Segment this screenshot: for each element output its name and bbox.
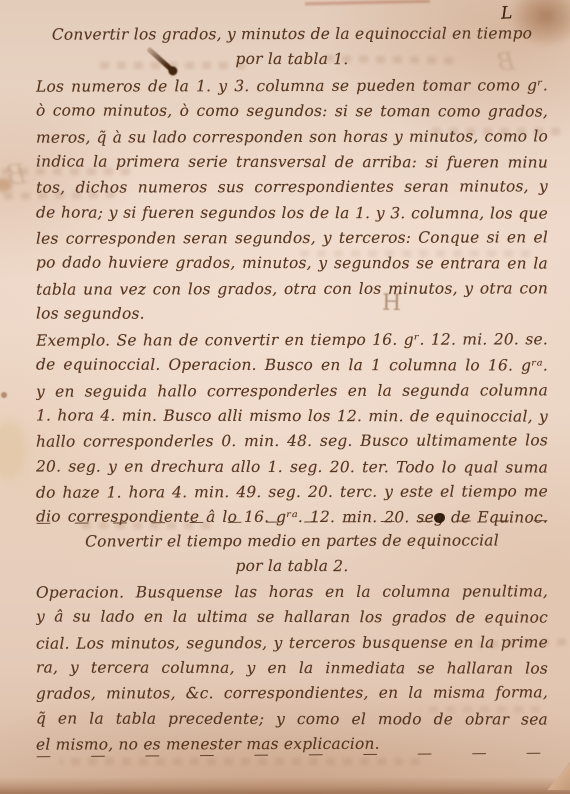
dashed-rule: — — — — — — — — — — — — — — [36, 513, 548, 530]
paper-stain [0, 420, 26, 480]
manuscript-line: de hora; y si fueren segundos los de la … [36, 200, 548, 226]
heading-line: por la tabla 2. [36, 554, 548, 580]
manuscript-line: do haze 1. hora 4. min. 49. seg. 20. ter… [36, 479, 548, 506]
section-separator: — — — — — — — — — — — — — — [36, 514, 548, 528]
manuscript-line: ra, y tercera columna, y en la inmediata… [36, 655, 548, 681]
heading-line: por la tabla 1. [36, 47, 548, 73]
section1-heading: Convertir los grados, y minutos de la eq… [36, 22, 548, 73]
manuscript-line: q̃ en la tabla precedente; y como el mod… [36, 706, 548, 732]
manuscript-line: po dado huviere grados, minutos, y segun… [36, 251, 548, 277]
footer-rule: — — — — — — — — — — [36, 747, 541, 761]
manuscript-line: 20. seg. y en drechura allo 1. seg. 20. … [36, 454, 548, 480]
paragraph-1: Los numeros de la 1. y 3. columna se pue… [36, 74, 548, 327]
manuscript-line: Operacion. Busquense las horas en la col… [36, 579, 548, 606]
manuscript-line: 1. hora 4. min. Busco alli mismo los 12.… [36, 403, 548, 429]
dashed-rule: — — — — — — — — — — [36, 745, 541, 763]
manuscript-line: ò como minutos, ò como segundos: si se t… [36, 99, 548, 125]
manuscript-line: Exemplo. Se han de convertir en tiempo 1… [36, 327, 548, 354]
top-edge-scratch [305, 0, 430, 5]
manuscript-line: les corresponden seran segundos, y terce… [36, 225, 548, 252]
manuscript-line: de equinoccial. Operacion. Busco en la 1… [36, 353, 548, 379]
manuscript-line: tabla una vez con los grados, otra con l… [36, 276, 548, 303]
manuscript-line: y â su lado en la ultima se hallaran los… [36, 605, 548, 631]
manuscript-line: tos, dichos numeros sus correspondientes… [36, 175, 548, 202]
manuscript-line: los segundos. [36, 302, 548, 328]
heading-line: Convertir los grados, y minutos de la eq… [36, 21, 548, 48]
paragraph-2: Exemplo. Se han de convertir en tiempo 1… [36, 328, 548, 531]
manuscript-line: y en seguida hallo corresponderles en la… [36, 378, 548, 405]
paragraph-3: Operacion. Busquense las horas en la col… [36, 580, 548, 757]
heading-line: Convertir el tiempo medio en partes de e… [36, 528, 548, 555]
manuscript-line: Los numeros de la 1. y 3. columna se pue… [36, 73, 548, 100]
manuscript-page: B B L H Convertir los grados, y minutos … [0, 0, 570, 794]
manuscript-line: hallo corresponderles 0. min. 48. seg. B… [36, 429, 548, 456]
manuscript-line: cial. Los minutos, segundos, y terceros … [36, 630, 548, 657]
manuscript-line: grados, minutos, &c. correspondientes, e… [36, 681, 548, 708]
paper-stain [1, 392, 7, 398]
manuscript-line: meros, q̃ à su lado corresponden son hor… [36, 124, 548, 151]
manuscript-line: indica la primera serie transversal de a… [36, 149, 548, 175]
section2-heading: Convertir el tiempo medio en partes de e… [36, 529, 548, 580]
photo-bottom-edge [0, 777, 570, 794]
